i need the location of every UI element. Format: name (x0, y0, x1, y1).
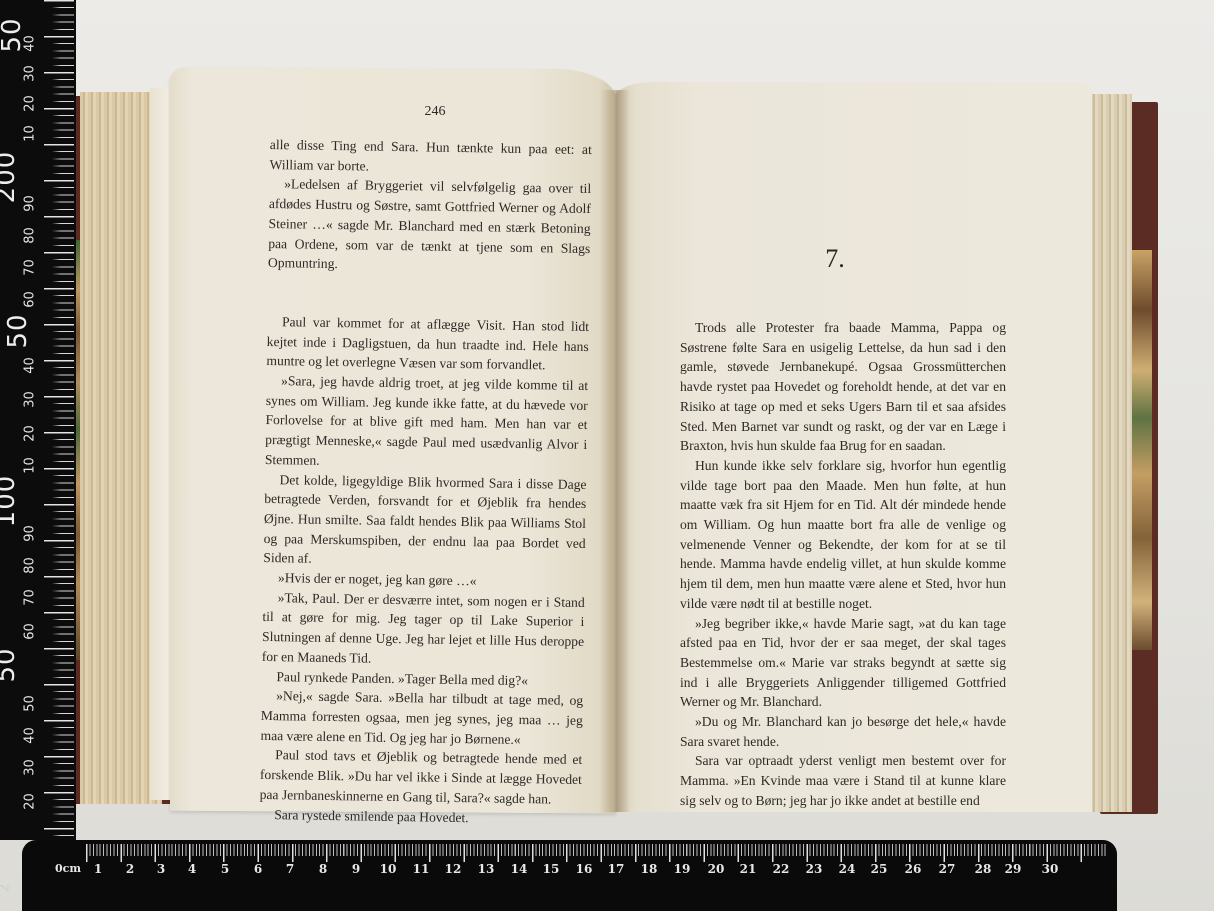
ruler-major-ticks (86, 844, 1108, 862)
ruler-cm-label: 23 (802, 862, 826, 876)
horizontal-ruler: 0cm 1 2 3 4 5 6 7 8 9 10 11 12 13 14 15 … (22, 840, 1117, 911)
ruler-cm-label: 7 (278, 862, 302, 876)
ruler-label-major: 50 (0, 635, 21, 695)
ruler-cm-label: 14 (507, 862, 531, 876)
ruler-cm-label: 16 (572, 862, 596, 876)
ruler-label: 10 (23, 454, 38, 478)
paragraph: »Ledelsen af Bryggeriet vil selvfølgelig… (268, 174, 592, 278)
paragraph: »Du og Mr. Blanchard kan jo besørge det … (680, 712, 1006, 751)
right-page-text: Trods alle Protester fra baade Mamma, Pa… (680, 318, 1006, 811)
ruler-cm-label: 11 (409, 862, 433, 876)
paragraph: »Jeg begriber ikke,« havde Marie sagt, »… (680, 614, 1006, 713)
ruler-label: 20 (23, 422, 38, 446)
marbled-endpaper-right (1130, 250, 1152, 650)
paragraph: »Nej,« sagde Sara. »Bella har tilbudt at… (260, 686, 583, 750)
ruler-label: 40 (23, 354, 38, 378)
ruler-label: 90 (23, 522, 38, 546)
ruler-cm-label: 30 (1038, 862, 1062, 876)
ruler-label: 20 (23, 92, 38, 116)
ruler-label: 80 (23, 554, 38, 578)
paragraph: alle disse Ting end Sara. Hun tænkte kun… (269, 135, 592, 179)
ruler-label: 50 (23, 692, 38, 716)
ruler-label: 10 (23, 122, 38, 146)
ruler-cm-label: 5 (213, 862, 237, 876)
ruler-label: 60 (23, 620, 38, 644)
paragraph: Det kolde, ligegyldige Blik hvormed Sara… (263, 470, 587, 574)
ruler-cm-label: 19 (670, 862, 694, 876)
paragraph: Paul stod tavs et Øjeblik og betragtede … (259, 745, 582, 809)
ruler-cm-label: 12 (441, 862, 465, 876)
ruler-cm-label: 13 (474, 862, 498, 876)
ruler-cm-label: 25 (867, 862, 891, 876)
ruler-label: 30 (23, 388, 38, 412)
ruler-cm-label: 17 (604, 862, 628, 876)
ruler-corner-label: 2 (0, 884, 12, 893)
ruler-label: 30 (23, 62, 38, 86)
ruler-cm-label: 22 (769, 862, 793, 876)
ruler-label: 90 (23, 192, 38, 216)
chapter-heading: 7. (810, 244, 860, 274)
ruler-cm-label: 26 (901, 862, 925, 876)
paragraph: Paul var kommet for at aflægge Visit. Ha… (266, 312, 589, 376)
ruler-cm-label: 2 (118, 862, 142, 876)
ruler-cm-label: 15 (539, 862, 563, 876)
ruler-label: 80 (23, 224, 38, 248)
ruler-cm-label: 18 (637, 862, 661, 876)
book-gutter (600, 90, 630, 812)
ruler-cm-label: 3 (149, 862, 173, 876)
paragraph: »Sara, jeg havde aldrig troet, at jeg vi… (265, 371, 589, 475)
ruler-cm-label: 4 (180, 862, 204, 876)
paragraph: Hun kunde ikke selv forklare sig, hvorfo… (680, 456, 1006, 614)
paragraph: »Tak, Paul. Der er desværre intet, som n… (262, 588, 585, 672)
ruler-label: 40 (23, 32, 38, 56)
ruler-cm-label: 21 (736, 862, 760, 876)
ruler-label: 40 (23, 724, 38, 748)
ruler-cm-label: 24 (835, 862, 859, 876)
ruler-label: 70 (23, 256, 38, 280)
ruler-cm-label: 28 (971, 862, 995, 876)
page-number: 246 (420, 104, 450, 120)
ruler-cm-label: 6 (246, 862, 270, 876)
ruler-cm-label: 8 (311, 862, 335, 876)
ruler-cm-label: 10 (376, 862, 400, 876)
ruler-label-major: 100 (0, 471, 21, 531)
ruler-label: 70 (23, 586, 38, 610)
ruler-label: 30 (23, 756, 38, 780)
paragraph: Trods alle Protester fra baade Mamma, Pa… (680, 318, 1006, 456)
ruler-label: 20 (23, 790, 38, 814)
left-page-text: alle disse Ting end Sara. Hun tænkte kun… (259, 135, 592, 829)
ruler-unit-label: 0cm (55, 862, 81, 875)
ruler-cm-label: 27 (935, 862, 959, 876)
ruler-label-major-50: 50 (3, 301, 33, 361)
ruler-major-ticks (44, 0, 74, 840)
vertical-ruler: 50 40 30 20 10 200 90 80 70 60 50 40 30 … (0, 0, 76, 840)
ruler-label-major: 200 (0, 147, 21, 207)
ruler-cm-label: 29 (1001, 862, 1025, 876)
paragraph: Sara var optraadt yderst venligt men bes… (680, 751, 1006, 810)
ruler-cm-label: 9 (344, 862, 368, 876)
ruler-cm-label: 20 (704, 862, 728, 876)
ruler-cm-label: 1 (86, 862, 110, 876)
